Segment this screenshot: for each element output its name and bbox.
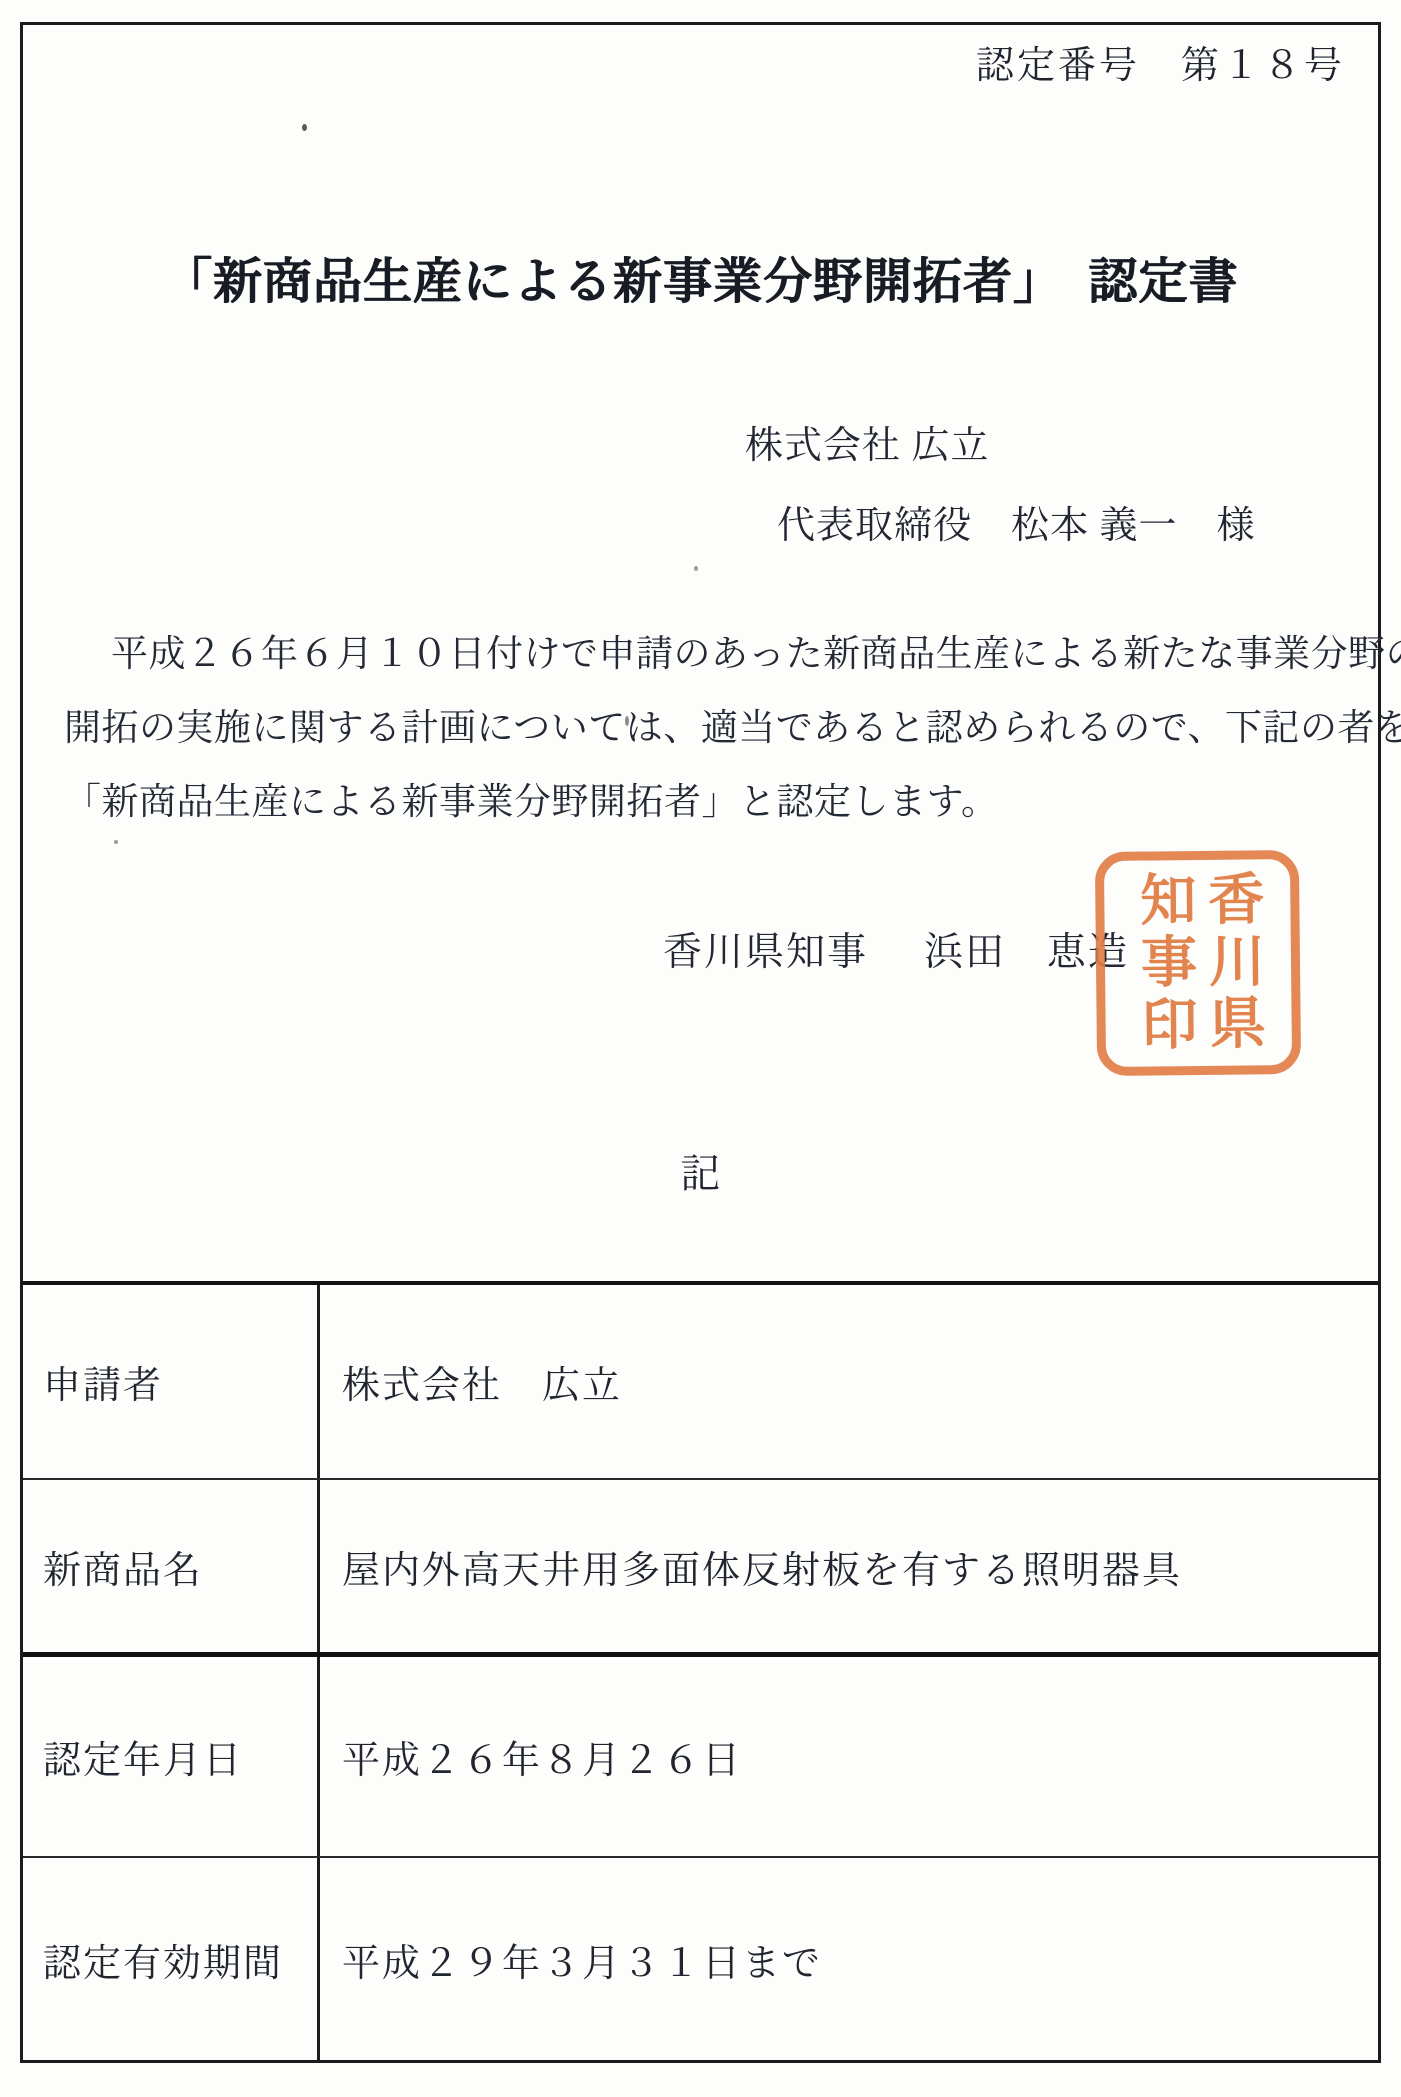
details-table: 申請者 株式会社 広立 新商品名 屋内外高天井用多面体反射板を有する照明器具 認…: [23, 1281, 1378, 2060]
recipient-representative: 代表取締役 松本 義一 様: [777, 494, 1256, 549]
signature-line: 香川県知事 浜田 恵造: [663, 921, 1129, 977]
row-value: 屋内外高天井用多面体反射板を有する照明器具: [320, 1480, 1378, 1652]
scan-speck: [694, 566, 698, 571]
document-title: 「新商品生産による新事業分野開拓者」 認定書: [0, 243, 1401, 313]
row-label: 申請者: [23, 1285, 320, 1478]
seal-text-right-column: 香川県: [1201, 869, 1263, 1056]
scan-speck: [114, 840, 118, 844]
body-line-3: 「新商品生産による新事業分野開拓者」と認定します。: [64, 766, 1345, 840]
row-value: 平成２６年８月２６日: [320, 1657, 1378, 1856]
table-row-product-name: 新商品名 屋内外高天井用多面体反射板を有する照明器具: [23, 1480, 1378, 1657]
governor-seal-stamp: 香川県 知事印: [1095, 850, 1301, 1076]
scan-speck: [625, 716, 629, 726]
body-paragraph: 平成２６年６月１０日付けで申請のあった新商品生産による新たな事業分野の 開拓の実…: [64, 618, 1345, 840]
row-label: 新商品名: [23, 1480, 320, 1652]
row-value: 平成２９年３月３１日まで: [320, 1858, 1378, 2060]
row-value: 株式会社 広立: [320, 1285, 1378, 1478]
certificate-page: 認定番号 第１８号 「新商品生産による新事業分野開拓者」 認定書 株式会社 広立…: [0, 0, 1401, 2097]
row-label: 認定年月日: [23, 1657, 320, 1856]
table-row-validity-period: 認定有効期間 平成２９年３月３１日まで: [23, 1858, 1378, 2060]
body-line-1: 平成２６年６月１０日付けで申請のあった新商品生産による新たな事業分野の: [64, 618, 1345, 692]
row-label: 認定有効期間: [23, 1858, 320, 2060]
table-row-applicant: 申請者 株式会社 広立: [23, 1285, 1378, 1480]
signer-title: 香川県知事: [663, 921, 868, 977]
scan-speck: [302, 124, 307, 131]
certificate-number: 認定番号 第１８号: [976, 34, 1345, 89]
recipient-company: 株式会社 広立: [745, 414, 990, 469]
seal-text-left-column: 知事印: [1133, 870, 1195, 1057]
table-row-certification-date: 認定年月日 平成２６年８月２６日: [23, 1657, 1378, 1858]
body-line-2: 開拓の実施に関する計画については、適当であると認められるので、下記の者を: [64, 692, 1345, 766]
section-marker: 記: [0, 1142, 1401, 1199]
